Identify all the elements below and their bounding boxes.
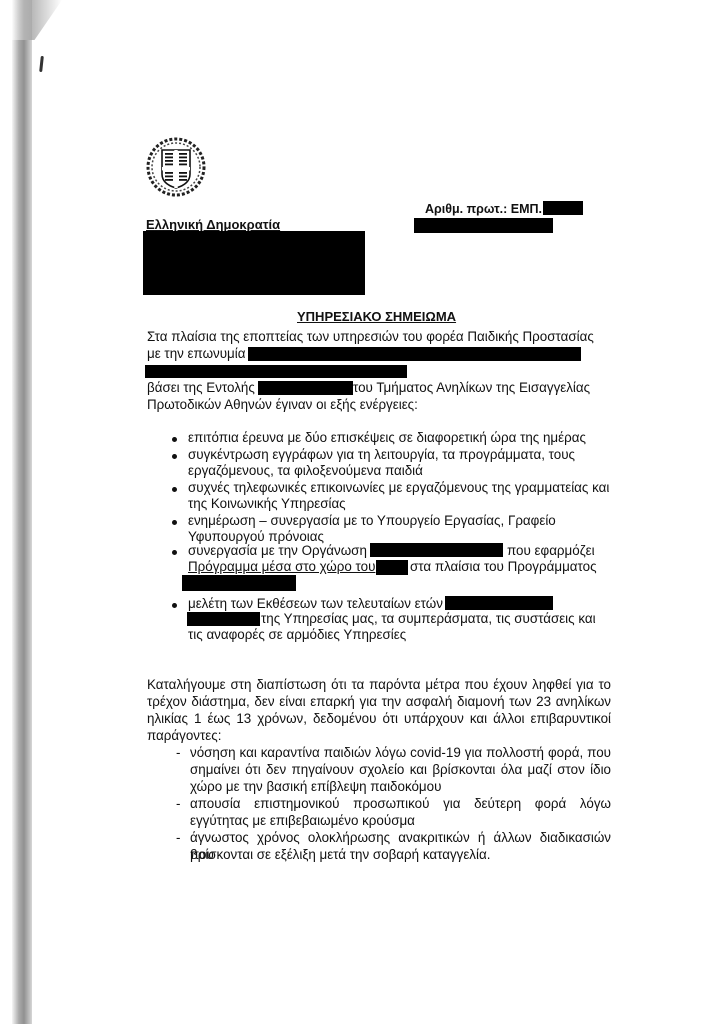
intro-line-1: Στα πλαίσια της εποπτείας των υπηρεσιών … [147, 329, 594, 345]
dash-icon: - [176, 796, 180, 812]
conclusion-line-4: παράγοντες: [147, 728, 221, 744]
action-item-3-line-2: της Κοινωνικής Υπηρεσίας [188, 496, 346, 512]
factor-2-line-2: εγγύτητας με επιβεβαιωμένο κρούσμα [190, 813, 415, 829]
bullet-icon [172, 454, 177, 459]
bullet-icon [172, 603, 177, 608]
intro-line-4a: βάσει της Εντολής [147, 380, 255, 396]
factor-3-line-2: βρίσκονται σε εξέλιξη μετά την σοβαρή κα… [190, 847, 490, 863]
redacted-organization [370, 543, 503, 557]
bullet-icon [172, 550, 177, 555]
action-item-6-part-b: της Υπηρεσίας μας, τα συμπεράσματα, τις … [261, 611, 596, 627]
factor-1-line-1: νόσηση και καραντίνα παιδιών λόγω covid-… [190, 745, 611, 762]
intro-line-5: Πρωτοδικών Αθηνών έγιναν οι εξής ενέργει… [147, 397, 418, 413]
margin-mark [39, 56, 44, 72]
action-item-2-line-1: συγκέντρωση εγγράφων για τη λειτουργία, … [188, 447, 575, 463]
redacted-date [414, 218, 553, 233]
conclusion-line-1: Καταλήγουμε στη διαπίστωση ότι τα παρόντ… [147, 677, 611, 694]
greek-coat-of-arms-icon [145, 136, 207, 198]
action-item-6-part-a: μελέτη των Εκθέσεων των τελευταίων ετών [188, 596, 443, 612]
action-item-6-part-c: τις αναφορές σε αρμόδιες Υπηρεσίες [188, 627, 406, 643]
conclusion-line-2: τρέχον διάστημα, δεν είναι επαρκή για τη… [147, 694, 611, 711]
redacted-protocol-number [543, 201, 583, 215]
redacted-order-number [258, 381, 353, 395]
bullet-icon [172, 520, 177, 525]
redacted-years [445, 596, 553, 610]
redacted-location [376, 560, 408, 575]
factor-2-line-1: απουσία επιστημονικού προσωπικού για δεύ… [190, 796, 611, 813]
protocol-number-label: Αριθμ. πρωτ.: ΕΜΠ. [425, 201, 542, 217]
factor-1-line-3: χώρο με την βασική επίβλεψη παιδοκόμου [190, 779, 441, 795]
action-item-3-line-1: συχνές τηλεφωνικές επικοινωνίες με εργαζ… [188, 480, 609, 496]
action-item-5-part-b: που εφαρμόζει [507, 543, 595, 559]
action-item-5-part-a: συνεργασία με την Οργάνωση [188, 543, 367, 559]
scan-shadow-top [12, 0, 62, 40]
bullet-icon [172, 437, 177, 442]
redacted-block [143, 231, 365, 295]
redacted-organization-name-cont [145, 365, 407, 378]
redacted-years-cont [187, 612, 260, 626]
action-item-2-line-2: εργαζόμενους, τα φιλοξενούμενα παιδιά [188, 463, 423, 479]
redacted-program-name [182, 575, 296, 591]
action-item-5-part-d: στα πλαίσια του Προγράμματος [410, 559, 597, 575]
factor-1-line-2: σημαίνει ότι δεν πηγαίνουν σχολείο και β… [190, 762, 611, 779]
scan-shadow [12, 0, 32, 1024]
conclusion-line-3: ηλικίας 1 έως 13 χρόνων, δεδομένου ότι υ… [147, 711, 611, 728]
intro-line-2: με την επωνυμία [147, 346, 245, 362]
action-item-1: επιτόπια έρευνα με δύο επισκέψεις σε δια… [188, 430, 586, 446]
action-item-4-line-1: ενημέρωση – συνεργασία με το Υπουργείο Ε… [188, 513, 556, 529]
redacted-organization-name [248, 347, 581, 361]
dash-icon: - [176, 830, 180, 846]
document-title: ΥΠΗΡΕΣΙΑΚΟ ΣΗΜΕΙΩΜΑ [297, 309, 456, 325]
intro-line-4b: του Τμήματος Ανηλίκων της Εισαγγελίας [353, 380, 590, 396]
action-item-5-part-c: Πρόγραμμα μέσα στο χώρο του [188, 559, 375, 575]
dash-icon: - [176, 745, 180, 761]
bullet-icon [172, 487, 177, 492]
